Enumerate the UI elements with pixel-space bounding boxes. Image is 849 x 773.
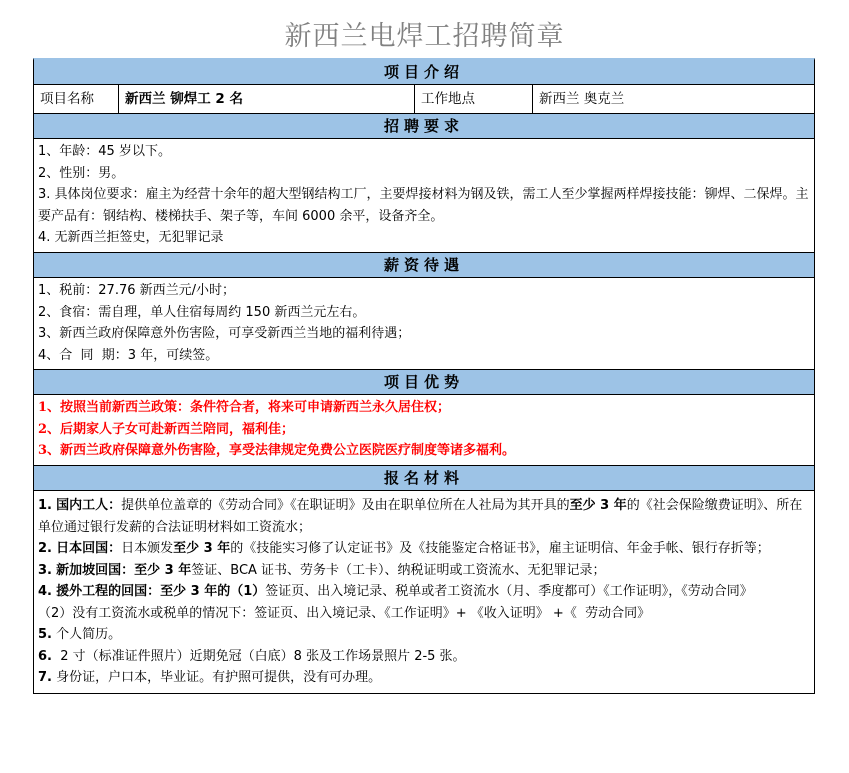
item-number: 7. — [38, 670, 52, 685]
item-label: 援外工程的回国： — [56, 584, 160, 599]
section-header-advantages: 项目优势 — [34, 370, 814, 395]
item-number: 1. — [38, 498, 52, 513]
item-text: 日本颁发 — [121, 541, 173, 556]
item-label: 日本回国： — [56, 541, 121, 556]
advantages-body: 1、按照当前新西兰政策：条件符合者，将来可申请新西兰永久居住权； 2、后期家人子… — [34, 395, 814, 466]
item-bold: 至少 3 年 — [570, 498, 627, 513]
item-number: 2. — [38, 541, 52, 556]
location-value: 新西兰 奥克兰 — [533, 85, 814, 113]
requirement-item: 3. 具体岗位要求：雇主为经营十余年的超大型钢结构工厂，主要焊接材料为钢及铁，需… — [38, 184, 810, 227]
section-header-requirements: 招聘要求 — [34, 114, 814, 139]
salary-item: 1、税前：27.76 新西兰元/小时； — [38, 280, 810, 302]
material-item-4: 4. 援外工程的回国：至少 3 年的（1）签证页、出入境记录、税单或者工资流水（… — [38, 581, 810, 603]
material-item-5: 5. 个人简历。 — [38, 624, 810, 646]
item-text: 的《技能实习修了认定证书》及《技能鉴定合格证书》，雇主证明信、年金手帐、银行存折… — [230, 541, 770, 556]
material-item-6: 6. 2 寸（标准证件照片）近期免冠（白底）8 张及工作场景照片 2-5 张。 — [38, 646, 810, 668]
project-name-label: 项目名称 — [34, 85, 119, 113]
material-item-3: 3. 新加坡回国：至少 3 年签证、BCA 证书、劳务卡（工卡）、纳税证明或工资… — [38, 560, 810, 582]
recruitment-table: 项目介绍 项目名称 新西兰 铆焊工 2 名 工作地点 新西兰 奥克兰 招聘要求 … — [33, 58, 815, 694]
item-text: 签证、BCA 证书、劳务卡（工卡）、纳税证明或工资流水、无犯罪记录； — [191, 563, 605, 578]
salary-body: 1、税前：27.76 新西兰元/小时； 2、食宿：需自理，单人住宿每周约 150… — [34, 278, 814, 370]
materials-body: 1. 国内工人：提供单位盖章的《劳动合同》《在职证明》及由在职单位所在人社局为其… — [34, 491, 814, 693]
item-number: 4. — [38, 584, 52, 599]
item-number: 5. — [38, 627, 52, 642]
material-item-2: 2. 日本回国：日本颁发至少 3 年的《技能实习修了认定证书》及《技能鉴定合格证… — [38, 538, 810, 560]
section-header-salary: 薪资待遇 — [34, 253, 814, 278]
item-text: 提供单位盖章的《劳动合同》《在职证明》及由在职单位所在人社局为其开具的 — [121, 498, 570, 513]
item-label: 国内工人： — [56, 498, 121, 513]
item-number: 6. — [38, 649, 52, 664]
material-item-7: 7. 身份证，户口本，毕业证。有护照可提供，没有可办理。 — [38, 667, 810, 689]
project-name-value: 新西兰 铆焊工 2 名 — [119, 85, 415, 113]
requirement-item: 4. 无新西兰拒签史，无犯罪记录 — [38, 227, 810, 249]
material-item-4b: （2）没有工资流水或税单的情况下：签证页、出入境记录、《工作证明》+ 《收入证明… — [38, 603, 810, 625]
item-text: 2 寸（标准证件照片）近期免冠（白底）8 张及工作场景照片 2-5 张。 — [56, 649, 465, 664]
requirements-body: 1、年龄：45 岁以下。 2、性别：男。 3. 具体岗位要求：雇主为经营十余年的… — [34, 139, 814, 253]
item-text: 身份证，户口本，毕业证。有护照可提供，没有可办理。 — [56, 670, 381, 685]
page-title: 新西兰电焊工招聘简章 — [0, 18, 849, 56]
item-bold: 至少 3 年 — [173, 541, 230, 556]
intro-row: 项目名称 新西兰 铆焊工 2 名 工作地点 新西兰 奥克兰 — [34, 85, 814, 114]
requirement-item: 1、年龄：45 岁以下。 — [38, 141, 810, 163]
item-label: 新加坡回国： — [56, 563, 134, 578]
material-item-1: 1. 国内工人：提供单位盖章的《劳动合同》《在职证明》及由在职单位所在人社局为其… — [38, 495, 810, 538]
requirement-item: 2、性别：男。 — [38, 163, 810, 185]
advantage-item: 1、按照当前新西兰政策：条件符合者，将来可申请新西兰永久居住权； — [38, 397, 810, 419]
advantage-item: 2、后期家人子女可赴新西兰陪同，福利佳； — [38, 419, 810, 441]
item-number: 3. — [38, 563, 52, 578]
salary-item: 4、合 同 期：3 年，可续签。 — [38, 345, 810, 367]
item-text: 签证页、出入境记录、税单或者工资流水（月、季度都可）《工作证明》，《劳动合同》 — [265, 584, 753, 599]
section-header-intro: 项目介绍 — [34, 60, 814, 85]
section-header-materials: 报名材料 — [34, 466, 814, 491]
location-label: 工作地点 — [415, 85, 533, 113]
item-text: 个人简历。 — [56, 627, 121, 642]
salary-item: 2、食宿：需自理，单人住宿每周约 150 新西兰元左右。 — [38, 302, 810, 324]
advantage-item: 3、新西兰政府保障意外伤害险，享受法律规定免费公立医院医疗制度等诸多福利。 — [38, 440, 810, 462]
salary-item: 3、新西兰政府保障意外伤害险，可享受新西兰当地的福利待遇； — [38, 323, 810, 345]
item-bold: 至少 3 年的（1） — [160, 584, 265, 599]
item-bold: 至少 3 年 — [134, 563, 191, 578]
